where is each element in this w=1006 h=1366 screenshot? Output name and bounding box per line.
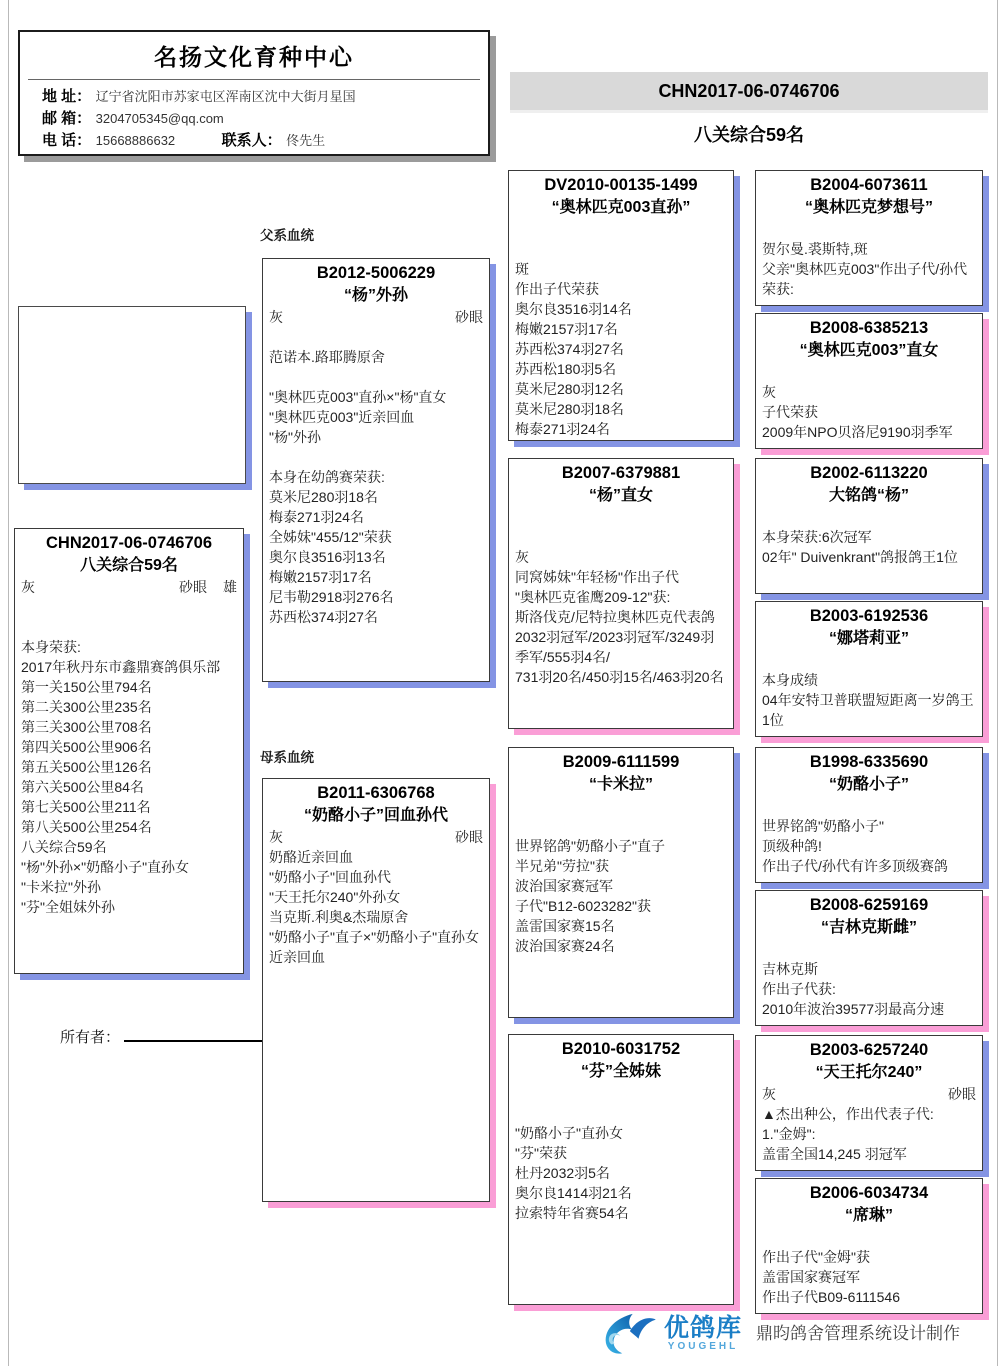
bird-name: “吉林克斯雌” [762, 917, 976, 939]
pedigree-line: 奥尔良1414羽21名 [515, 1183, 727, 1203]
ring-number: B2003-6192536 [762, 605, 976, 628]
owner-row: 所有者： [60, 1026, 262, 1047]
pedigree-line [762, 796, 976, 816]
email-value: 3204705345@qq.com [96, 111, 224, 126]
eye-label: 砂眼 [455, 829, 483, 845]
color-label: 灰 [269, 307, 283, 327]
pedigree-line: 波治国家赛24名 [515, 936, 727, 956]
pedigree-line: 本身荣获: [21, 637, 237, 657]
eye-label: 砂眼 [455, 309, 483, 325]
bird-name: “天王托尔240” [762, 1062, 976, 1084]
mother-box: B2011-6306768“奶酪小子”回血孙代灰砂眼奶酪近亲回血"奶酪小子"回血… [262, 778, 490, 1202]
paternal-grandmother-box: B2007-6379881“杨”直女灰同窝姊妹"年轻杨"作出子代"奥林匹克雀鹰2… [508, 458, 734, 729]
pedigree-line: 奥尔良3516羽14名 [515, 299, 727, 319]
pedigree-line: 2032羽冠军/2023羽冠军/3249羽季军/555羽4名/ [515, 627, 727, 667]
pedigree-line: 世界铭鸽"奶酪小子" [762, 816, 976, 836]
pedigree-line: 盖雷全国14,245 羽冠军 [762, 1144, 976, 1164]
pedigree-line: 2010年波治39577羽最高分速 [762, 999, 976, 1019]
footer: 优鸽库 YOUGEHL 鼎昀鸽舍管理系统设计制作 [598, 1310, 960, 1358]
paternal-line-label: 父系血统 [260, 224, 314, 244]
address-row: 地 址： 辽宁省沈阳市苏家屯区浑南区沈中大街月星国 [20, 86, 488, 108]
pedigree-line: 吉林克斯 [762, 959, 976, 979]
pedigree-line: "奶酪小子"直子×"奶酪小子"直孙女 [269, 927, 483, 947]
ring-number: B2010-6031752 [515, 1038, 727, 1061]
bird-name: “娜塔莉亚” [762, 628, 976, 650]
brand-name: 优鸽库 [664, 1315, 742, 1341]
ring-number: B2003-6257240 [762, 1039, 976, 1062]
phone-label: 电 话： [42, 132, 91, 149]
bird-name: “席琳” [762, 1205, 976, 1227]
photo-placeholder [18, 306, 246, 484]
pedigree-line: 2009年NPO贝洛尼9190羽季军 [762, 422, 976, 442]
ring-number: B2008-6385213 [762, 317, 976, 340]
bird-name: “卡米拉” [515, 774, 727, 796]
pedigree-line: 子代荣获 [762, 402, 976, 422]
ring-number: CHN2017-06-0746706 [21, 532, 237, 555]
trait-row: 灰砂眼 [762, 1084, 976, 1104]
phone-value: 15668886632 [96, 133, 176, 148]
pedigree-line [762, 939, 976, 959]
pedigree-line: 斑 [515, 259, 727, 279]
ring-number: B2007-6379881 [515, 462, 727, 485]
pedigree-line [515, 219, 727, 239]
brand-block: 优鸽库 YOUGEHL [664, 1315, 742, 1353]
sex-label: 雄 [223, 579, 237, 595]
ring-number: B1998-6335690 [762, 751, 976, 774]
pedigree-line: 八关综合59名 [21, 837, 237, 857]
pedigree-line: 作出子代荣获 [515, 279, 727, 299]
bird-name: “芬”全姊妹 [515, 1061, 727, 1083]
pedigree-line: 梅嫩2157羽17名 [269, 567, 483, 587]
pedigree-line: "奥林匹克003"直孙×"杨"直女 [269, 387, 483, 407]
bird-name: “杨”直女 [515, 485, 727, 507]
ring-number: DV2010-00135-1499 [515, 174, 727, 197]
pedigree-line: "卡米拉"外孙 [21, 877, 237, 897]
pedigree-page: 名扬文化育种中心 地 址： 辽宁省沈阳市苏家屯区浑南区沈中大街月星国 邮 箱： … [0, 0, 1006, 1366]
pedigree-line [515, 796, 727, 816]
pedigree-line: 同窝姊妹"年轻杨"作出子代 [515, 567, 727, 587]
pedigree-line [269, 367, 483, 387]
ring-number: B2004-6073611 [762, 174, 976, 197]
bird-name: “奥林匹克003直孙” [515, 197, 727, 219]
bird-name: “奥林匹克003”直女 [762, 340, 976, 362]
pedigree-line: "奥林匹克雀鹰209-12"获: [515, 587, 727, 607]
ring-number: B2009-6111599 [515, 751, 727, 774]
pedigree-line: 莫米尼280羽18名 [269, 487, 483, 507]
pedigree-line: 梅泰271羽24名 [515, 419, 727, 439]
pedigree-line: 尼韦勒2918羽276名 [269, 587, 483, 607]
pedigree-line: "天王托尔240"外孙女 [269, 887, 483, 907]
bird-name: “奥林匹克梦想号” [762, 197, 976, 219]
pedigree-line: 本身在幼鸽赛荣获: [269, 467, 483, 487]
trait-row: 灰砂眼 [269, 307, 483, 327]
pedigree-line [515, 1083, 727, 1103]
owner-signature-line [124, 1026, 262, 1042]
email-row: 邮 箱： 3204705345@qq.com [20, 108, 488, 130]
contact-label: 联系人： [222, 132, 282, 149]
pedigree-line: 02年" Duivenkrant"鸽报鸽王1位 [762, 547, 976, 567]
great-grandparent-box-8: B2006-6034734“席琳”作出子代"金姆"获盖雷国家赛冠军作出子代B09… [755, 1178, 983, 1314]
pedigree-line: "奶酪小子"回血孙代 [269, 867, 483, 887]
pedigree-line: "芬"荣获 [515, 1143, 727, 1163]
page-left-border [8, 0, 9, 1366]
pedigree-line [762, 219, 976, 239]
main-bird-box: CHN2017-06-0746706八关综合59名灰砂眼雄本身荣获:2017年秋… [14, 528, 244, 974]
pedigree-line: "芬"全姐妹外孙 [21, 897, 237, 917]
great-grandparent-box-7: B2003-6257240“天王托尔240”灰砂眼▲杰出种公，作出代表子代:1.… [755, 1035, 983, 1171]
pedigree-line: 顶级种鸽! [762, 836, 976, 856]
pedigree-line: 杜丹2032羽5名 [515, 1163, 727, 1183]
address-value: 辽宁省沈阳市苏家屯区浑南区沈中大街月星国 [96, 89, 356, 104]
pedigree-line: 苏西松180羽5名 [515, 359, 727, 379]
pedigree-line: 贺尔曼.裘斯特,斑 [762, 239, 976, 259]
maternal-line-label: 母系血统 [260, 746, 314, 766]
ring-number: B2006-6034734 [762, 1182, 976, 1205]
pedigree-line: 第三关300公里708名 [21, 717, 237, 737]
pedigree-line: 全姊妹"455/12"荣获 [269, 527, 483, 547]
pedigree-line: 2017年秋丹东市鑫鼎赛鸽俱乐部 [21, 657, 237, 677]
trait-row: 灰砂眼 [269, 827, 483, 847]
pedigree-line: 灰 [515, 547, 727, 567]
pedigree-line: 1."金姆": [762, 1124, 976, 1144]
father-box: B2012-5006229“杨”外孙灰砂眼范诺本.路耶腾原舍"奥林匹克003"直… [262, 258, 490, 682]
pedigree-line: 波治国家赛冠军 [515, 876, 727, 896]
pedigree-line: 本身成绩 [762, 670, 976, 690]
pedigree-line: 731羽20名/450羽15名/463羽20名 [515, 667, 727, 687]
bird-name: 八关综合59名 [21, 555, 237, 577]
pedigree-line [515, 239, 727, 259]
loft-name: 名扬文化育种中心 [20, 32, 488, 72]
ring-number: B2011-6306768 [269, 782, 483, 805]
credit-text: 鼎昀鸽舍管理系统设计制作 [756, 1310, 960, 1358]
pedigree-line [21, 617, 237, 637]
bird-name: 大铭鸽“杨” [762, 485, 976, 507]
pedigree-line: 第六关500公里84名 [21, 777, 237, 797]
pedigree-line [515, 527, 727, 547]
pedigree-line: ▲杰出种公，作出代表子代: [762, 1104, 976, 1124]
pedigree-line: 近亲回血 [269, 947, 483, 967]
pedigree-line [762, 362, 976, 382]
pedigree-line: 第五关500公里126名 [21, 757, 237, 777]
pedigree-line [762, 1227, 976, 1247]
ring-number: B2002-6113220 [762, 462, 976, 485]
color-label: 灰 [762, 1084, 776, 1104]
address-label: 地 址： [42, 88, 91, 105]
pedigree-line: 第八关500公里254名 [21, 817, 237, 837]
pedigree-line: 世界铭鸽"奶酪小子"直子 [515, 836, 727, 856]
pedigree-line: 奶酪近亲回血 [269, 847, 483, 867]
pedigree-line: 作出子代B09-6111546 [762, 1287, 976, 1307]
great-grandparent-box-5: B1998-6335690“奶酪小子”世界铭鸽"奶酪小子"顶级种鸽!作出子代/孙… [755, 747, 983, 883]
pedigree-line: 当克斯.利奥&杰瑞原舍 [269, 907, 483, 927]
maternal-grandfather-box: B2009-6111599“卡米拉”世界铭鸽"奶酪小子"直子半兄弟"劳拉"获波治… [508, 747, 734, 1018]
bird-name: “奶酪小子”回血孙代 [269, 805, 483, 827]
owner-label: 所有者： [60, 1029, 120, 1046]
ring-number: B2008-6259169 [762, 894, 976, 917]
phone-row: 电 话： 15668886632 联系人： 佟先生 [20, 130, 488, 152]
eye-label: 砂眼 [179, 579, 207, 595]
pedigree-line: 苏西松374羽27名 [515, 339, 727, 359]
yougehl-logo-icon [598, 1310, 656, 1358]
ring-number: B2012-5006229 [269, 262, 483, 285]
bird-name: “奶酪小子” [762, 774, 976, 796]
pedigree-line: 苏西松374羽27名 [269, 607, 483, 627]
pedigree-line: 梅嫩2157羽17名 [515, 319, 727, 339]
pedigree-line: 莫米尼280羽18名 [515, 399, 727, 419]
page-right-border [997, 0, 998, 1366]
pedigree-line: 第七关500公里211名 [21, 797, 237, 817]
pedigree-line: 斯洛伐克/尼特拉奥林匹克代表鸽 [515, 607, 727, 627]
pedigree-line [515, 507, 727, 527]
pedigree-line: 第四关500公里906名 [21, 737, 237, 757]
pedigree-line: 04年安特卫普联盟短距离一岁鸽王1位 [762, 690, 976, 730]
bird-name: “杨”外孙 [269, 285, 483, 307]
pedigree-line [269, 327, 483, 347]
color-label: 灰 [21, 577, 35, 597]
pedigree-line: "奥林匹克003"近亲回血 [269, 407, 483, 427]
pedigree-line: 拉索特年省赛54名 [515, 1203, 727, 1223]
trait-row: 灰砂眼雄 [21, 577, 237, 597]
great-grandparent-box-1: B2004-6073611“奥林匹克梦想号”贺尔曼.裘斯特,斑父亲"奥林匹克00… [755, 170, 983, 306]
pedigree-line: 作出子代获: [762, 979, 976, 999]
loft-info-card: 名扬文化育种中心 地 址： 辽宁省沈阳市苏家屯区浑南区沈中大街月星国 邮 箱： … [18, 30, 490, 156]
pedigree-line [515, 1103, 727, 1123]
pedigree-line: 作出子代"金姆"获 [762, 1247, 976, 1267]
contact-value: 佟先生 [286, 133, 325, 148]
pedigree-line: 子代"B12-6023282"获 [515, 896, 727, 916]
pedigree-line: "杨"外孙×"奶酪小子"直孙女 [21, 857, 237, 877]
pedigree-line: 盖雷国家赛冠军 [762, 1267, 976, 1287]
divider [28, 79, 480, 80]
pedigree-line: 梅泰271羽24名 [269, 507, 483, 527]
paternal-grandfather-box: DV2010-00135-1499“奥林匹克003直孙”斑作出子代荣获奥尔良35… [508, 170, 734, 441]
pedigree-line: 奥尔良3516羽13名 [269, 547, 483, 567]
ring-number-bar: CHN2017-06-0746706 [510, 72, 988, 113]
pedigree-line: 第一关150公里794名 [21, 677, 237, 697]
pedigree-line: "杨"外孙 [269, 427, 483, 447]
great-grandparent-box-2: B2008-6385213“奥林匹克003”直女灰子代荣获2009年NPO贝洛尼… [755, 313, 983, 449]
color-label: 灰 [269, 827, 283, 847]
pedigree-line: 半兄弟"劳拉"获 [515, 856, 727, 876]
brand-subtitle: YOUGEHL [664, 1341, 742, 1353]
great-grandparent-box-3: B2002-6113220大铭鸽“杨”本身荣获:6次冠军02年" Duivenk… [755, 458, 983, 594]
great-grandparent-box-6: B2008-6259169“吉林克斯雌”吉林克斯作出子代获:2010年波治395… [755, 890, 983, 1026]
pedigree-line [762, 507, 976, 527]
eye-label: 砂眼 [948, 1086, 976, 1102]
pedigree-line [21, 597, 237, 617]
pedigree-line: 范诺本.路耶腾原舍 [269, 347, 483, 367]
pedigree-line: 父亲"奥林匹克003"作出子代/孙代荣获: [762, 259, 976, 299]
pedigree-line [762, 650, 976, 670]
pedigree-line: 作出子代/孙代有许多顶级赛鸽 [762, 856, 976, 876]
pedigree-line: 盖雷国家赛15名 [515, 916, 727, 936]
email-label: 邮 箱： [42, 110, 91, 127]
pedigree-line [515, 816, 727, 836]
pedigree-line: "奶酪小子"直孙女 [515, 1123, 727, 1143]
pedigree-line: 第二关300公里235名 [21, 697, 237, 717]
pedigree-line [269, 447, 483, 467]
great-grandparent-box-4: B2003-6192536“娜塔莉亚”本身成绩04年安特卫普联盟短距离一岁鸽王1… [755, 601, 983, 737]
pedigree-line: 莫米尼280羽12名 [515, 379, 727, 399]
pedigree-line: 灰 [762, 382, 976, 402]
achievement-subtitle: 八关综合59名 [510, 118, 988, 152]
pedigree-line: 本身荣获:6次冠军 [762, 527, 976, 547]
maternal-grandmother-box: B2010-6031752“芬”全姊妹"奶酪小子"直孙女"芬"荣获杜丹2032羽… [508, 1034, 734, 1305]
